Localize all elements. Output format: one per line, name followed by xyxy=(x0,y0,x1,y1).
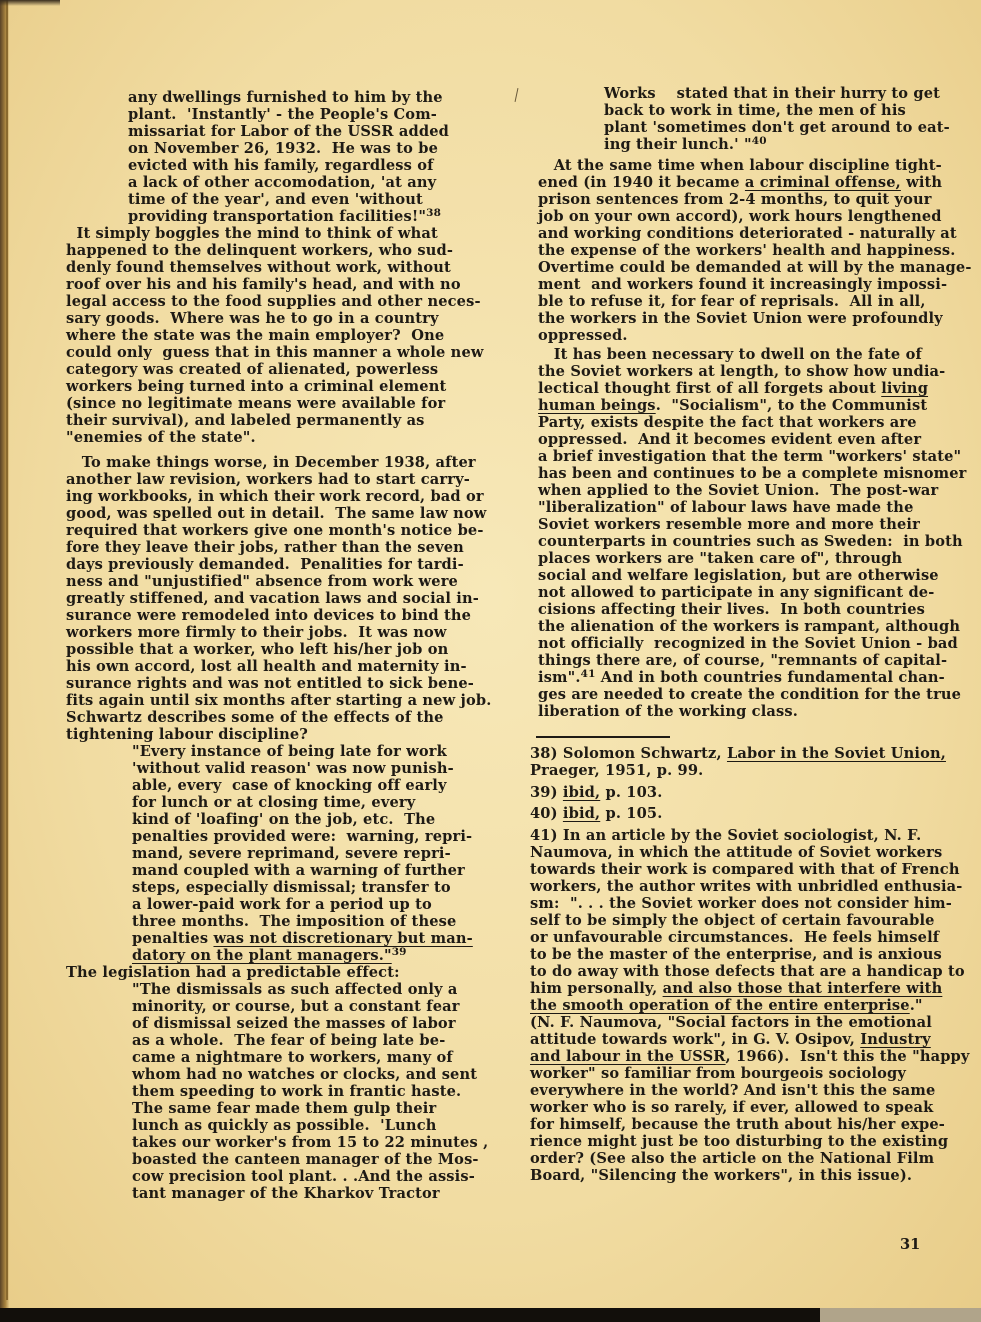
text-line: ing workbooks, in which their work recor… xyxy=(66,488,484,505)
text-line: lectical thought first of all forgets ab… xyxy=(538,380,928,397)
text-line: days previously demanded. Penalities for… xyxy=(66,556,464,573)
footnote-text-line: rience might just be too disturbing to t… xyxy=(530,1133,948,1150)
text-line: It simply boggles the mind to think of w… xyxy=(66,225,438,242)
footnote-separator xyxy=(536,736,670,738)
line-text: ism". xyxy=(538,669,581,686)
spine-crease xyxy=(6,0,8,1300)
footnote-text: , 1966). Isn't this the "happy xyxy=(726,1048,970,1065)
text-line: roof over his and his family's head, and… xyxy=(66,276,461,293)
text-line: ges are needed to create the condition f… xyxy=(538,686,961,703)
text-line: their survival), and labeled permanently… xyxy=(66,412,425,429)
footnote-ref-40[interactable]: 40 xyxy=(752,135,767,147)
text-line: liberation of the working class. xyxy=(538,703,798,720)
text-line: The legislation had a predictable effect… xyxy=(66,964,400,981)
text-line: the expense of the workers' health and h… xyxy=(538,242,956,259)
quote-line: as a whole. The fear of being late be- xyxy=(132,1032,445,1049)
text-line: not allowed to participate in any signif… xyxy=(538,584,934,601)
text-line: not officially recognized in the Soviet … xyxy=(538,635,958,652)
text-line: a lack of other accomodation, 'at any xyxy=(128,174,436,191)
footnote-text-line: to do away with those defects that are a… xyxy=(530,963,965,980)
quote-line: whom had no watches or clocks, and sent xyxy=(132,1066,477,1083)
text-line: oppressed. And it becomes evident even a… xyxy=(538,431,921,448)
line-text: ing their lunch.' " xyxy=(604,136,752,153)
ibid: ibid, xyxy=(563,784,600,801)
quote-line: boasted the canteen manager of the Mos- xyxy=(132,1151,479,1168)
book-title: Industry xyxy=(860,1031,931,1048)
text-line: greatly stiffened, and vacation laws and… xyxy=(66,590,479,607)
text-line: workers being turned into a criminal ele… xyxy=(66,378,446,395)
text-line: fits again until six months after starti… xyxy=(66,692,491,709)
text-line: his own accord, lost all health and mate… xyxy=(66,658,467,675)
quote-line: penalties was not discretionary but man- xyxy=(132,930,473,947)
text-line: It has been necessary to dwell on the fa… xyxy=(538,346,922,363)
top-corner-shadow xyxy=(0,0,60,6)
quote-line: of dismissal seized the masses of labor xyxy=(132,1015,456,1032)
text-line: places workers are "taken care of", thro… xyxy=(538,550,902,567)
text-line: happened to the delinquent workers, who … xyxy=(66,242,453,259)
text-line: good, was spelled out in detail. The sam… xyxy=(66,505,487,522)
footnote-text: p. 103. xyxy=(600,784,662,801)
text-line: Schwartz describes some of the effects o… xyxy=(66,709,444,726)
underlined-emphasis: human beings xyxy=(538,397,656,414)
text-line: when applied to the Soviet Union. The po… xyxy=(538,482,938,499)
text-line: could only guess that in this manner a w… xyxy=(66,344,484,361)
footnote-text-line: towards their work is compared with that… xyxy=(530,861,960,878)
footnote-text-line: workers, the author writes with unbridle… xyxy=(530,878,963,895)
footnote-text-line: him personally, and also those that inte… xyxy=(530,980,942,997)
text-line: on November 26, 1932. He was to be xyxy=(128,140,438,157)
quote-line: kind of 'loafing' on the job, etc. The xyxy=(132,811,435,828)
text-line: has been and continues to be a complete … xyxy=(538,465,967,482)
line-text: lectical thought first of all forgets ab… xyxy=(538,380,881,397)
text-line: job on your own accord), work hours leng… xyxy=(538,208,942,225)
footnote-text-line: for himself, because the truth about his… xyxy=(530,1116,945,1133)
text-line: evicted with his family, regardless of xyxy=(128,157,434,174)
underlined-emphasis: and also those that interfere with xyxy=(663,980,943,997)
footnote-text-line: order? (See also the article on the Nati… xyxy=(530,1150,934,1167)
text-line: denly found themselves without work, wit… xyxy=(66,259,451,276)
line-text: penalties xyxy=(132,930,213,947)
quote-line: mand, severe reprimand, severe repri- xyxy=(132,845,451,862)
text-line: missariat for Labor of the USSR added xyxy=(128,123,449,140)
footnote-ref-38[interactable]: 38 xyxy=(426,207,441,219)
underlined-emphasis: datory on the plant managers." xyxy=(132,947,392,964)
text-line: fore they leave their jobs, rather than … xyxy=(66,539,464,556)
footnote-text: p. 105. xyxy=(600,805,662,822)
text-line: and working conditions deteriorated - na… xyxy=(538,225,957,242)
quote-line: plant 'sometimes don't get around to eat… xyxy=(604,119,950,136)
text-line: a brief investigation that the term "wor… xyxy=(538,448,961,465)
line-text: And in both countries fundamental chan- xyxy=(596,669,945,686)
text-line: ble to refuse it, for fear of reprisals.… xyxy=(538,293,926,310)
footnote-40: 40) ibid, p. 105. xyxy=(530,805,662,822)
footnote-text-line: Praeger, 1951, p. 99. xyxy=(530,762,703,779)
underlined-emphasis: living xyxy=(881,380,928,397)
text-line: category was created of alienated, power… xyxy=(66,361,438,378)
text-line: cisions affecting their lives. In both c… xyxy=(538,601,925,618)
text-line: oppressed. xyxy=(538,327,628,344)
pen-mark xyxy=(515,88,519,102)
quote-line: "The dismissals as such affected only a xyxy=(132,981,458,998)
footnote-text-line: Naumova, in which the attitude of Soviet… xyxy=(530,844,942,861)
quote-line: for lunch or at closing time, every xyxy=(132,794,415,811)
text-line: social and welfare legislation, but are … xyxy=(538,567,939,584)
footnote-text-line: self to be simply the object of certain … xyxy=(530,912,935,929)
quote-line: lunch as quickly as possible. 'Lunch xyxy=(132,1117,437,1134)
text-line: another law revision, workers had to sta… xyxy=(66,471,470,488)
text-line: counterparts in countries such as Sweden… xyxy=(538,533,963,550)
footnote-ref-39[interactable]: 39 xyxy=(392,946,407,958)
footnote-text: attitude towards work", in G. V. Osipov, xyxy=(530,1031,860,1048)
underlined-emphasis: was not discretionary but man- xyxy=(213,930,472,947)
quote-line: mand coupled with a warning of further xyxy=(132,862,465,879)
text-line: ment and workers found it increasingly i… xyxy=(538,276,947,293)
scan-bottom-edge-light xyxy=(820,1308,981,1322)
footnote-text-line: or unfavourable circumstances. He feels … xyxy=(530,929,939,946)
footnote-text-line: attitude towards work", in G. V. Osipov,… xyxy=(530,1031,931,1048)
text-line: legal access to the food supplies and ot… xyxy=(66,293,481,310)
text-line: prison sentences from 2-4 months, to qui… xyxy=(538,191,932,208)
quote-line: able, every case of knocking off early xyxy=(132,777,447,794)
quote-line: datory on the plant managers."39 xyxy=(132,947,407,964)
text-line: plant. 'Instantly' - the People's Com- xyxy=(128,106,437,123)
text-line: possible that a worker, who left his/her… xyxy=(66,641,448,658)
text-line: the alienation of the workers is rampant… xyxy=(538,618,960,635)
footnote-text-line: sm: ". . . the Soviet worker does not co… xyxy=(530,895,952,912)
text-line: things there are, of course, "remnants o… xyxy=(538,652,947,669)
line-text: providing transportation facilities!" xyxy=(128,208,426,225)
underlined-emphasis: the smooth operation of the entire enter… xyxy=(530,997,910,1014)
quote-line: tant manager of the Kharkov Tractor xyxy=(132,1185,440,1202)
footnote-text-line: worker" so familiar from bourgeois socio… xyxy=(530,1065,906,1082)
footnote-text-line: and labour in the USSR, 1966). Isn't thi… xyxy=(530,1048,970,1065)
footnote-number: 40) xyxy=(530,805,558,822)
text-line: ness and "unjustified" absence from work… xyxy=(66,573,458,590)
quote-line: penalties provided were: warning, repri- xyxy=(132,828,472,845)
text-line: time of the year', and even 'without xyxy=(128,191,423,208)
text-line: any dwellings furnished to him by the xyxy=(128,89,443,106)
text-line: tightening labour discipline? xyxy=(66,726,308,743)
footnote-text: him personally, xyxy=(530,980,663,997)
text-line: "liberalization" of labour laws have mad… xyxy=(538,499,914,516)
footnote-text-line: to be the master of the enterprise, and … xyxy=(530,946,942,963)
text-line: (since no legitimate means were availabl… xyxy=(66,395,445,412)
book-title: Labor in the Soviet Union, xyxy=(727,745,946,762)
text-line: "enemies of the state". xyxy=(66,429,256,446)
text-line: sary goods. Where was he to go in a coun… xyxy=(66,310,439,327)
footnote-text-line: the smooth operation of the entire enter… xyxy=(530,997,923,1014)
page-number: 31 xyxy=(900,1236,920,1253)
text-line: required that workers give one month's n… xyxy=(66,522,484,539)
footnote-number: 39) xyxy=(530,784,558,801)
text-line: the workers in the Soviet Union were pro… xyxy=(538,310,943,327)
footnote-39: 39) ibid, p. 103. xyxy=(530,784,662,801)
text-line: ism".41 And in both countries fundamenta… xyxy=(538,669,945,686)
quote-line: takes our worker's from 15 to 22 minutes… xyxy=(132,1134,488,1151)
text-line: To make things worse, in December 1938, … xyxy=(66,454,476,471)
book-title: and labour in the USSR xyxy=(530,1048,726,1065)
quote-line: back to work in time, the men of his xyxy=(604,102,906,119)
text-line: At the same time when labour discipline … xyxy=(538,157,942,174)
footnote-number: 41) xyxy=(530,827,558,844)
quote-line: minority, or course, but a constant fear xyxy=(132,998,460,1015)
footnote-text-line: Board, "Silencing the workers", in this … xyxy=(530,1167,912,1184)
text-line: surance were remodeled into devices to b… xyxy=(66,607,471,624)
line-text: with xyxy=(901,174,942,191)
footnote-text-line: (N. F. Naumova, "Social factors in the e… xyxy=(530,1014,932,1031)
quote-line: steps, especially dismissal; transfer to xyxy=(132,879,451,896)
quote-line: came a nightmare to workers, many of xyxy=(132,1049,453,1066)
text-line: ened (in 1940 it became a criminal offen… xyxy=(538,174,942,191)
quote-line: them speeding to work in frantic haste. xyxy=(132,1083,461,1100)
underlined-emphasis: a criminal offense, xyxy=(745,174,901,191)
footnote-text: In an article by the Soviet sociologist,… xyxy=(558,827,922,844)
quote-line: "Every instance of being late for work xyxy=(132,743,447,760)
quote-line: The same fear made them gulp their xyxy=(132,1100,436,1117)
footnote-41: 41) In an article by the Soviet sociolog… xyxy=(530,827,921,844)
footnote-text-line: worker who is so rarely, if ever, allowe… xyxy=(530,1099,933,1116)
ibid: ibid, xyxy=(563,805,600,822)
quote-line: cow precision tool plant. . .And the ass… xyxy=(132,1168,475,1185)
text-line: the Soviet workers at length, to show ho… xyxy=(538,363,945,380)
quote-line: Works stated that in their hurry to get xyxy=(604,85,940,102)
text-line: workers more firmly to their jobs. It wa… xyxy=(66,624,447,641)
footnote-38: 38) Solomon Schwartz, Labor in the Sovie… xyxy=(530,745,946,762)
text-line: Soviet workers resemble more and more th… xyxy=(538,516,920,533)
text-line: Party, exists despite the fact that work… xyxy=(538,414,917,431)
line-text: . "Socialism", to the Communist xyxy=(656,397,928,414)
line-text: ened (in 1940 it became xyxy=(538,174,745,191)
footnote-number: 38) xyxy=(530,745,558,762)
text-line: human beings. "Socialism", to the Commun… xyxy=(538,397,927,414)
footnote-text: ." xyxy=(910,997,923,1014)
footnote-text-line: everywhere in the world? And isn't this … xyxy=(530,1082,935,1099)
text-line: Overtime could be demanded at will by th… xyxy=(538,259,972,276)
quote-line: 'without valid reason' was now punish- xyxy=(132,760,454,777)
quote-line: a lower-paid work for a period up to xyxy=(132,896,432,913)
footnote-ref-41[interactable]: 41 xyxy=(581,668,596,680)
quote-line: three months. The imposition of these xyxy=(132,913,456,930)
text-line: providing transportation facilities!"38 xyxy=(128,208,441,225)
footnote-text: Solomon Schwartz, xyxy=(558,745,727,762)
quote-line: ing their lunch.' "40 xyxy=(604,136,767,153)
text-line: where the state was the main employer? O… xyxy=(66,327,444,344)
text-line: surance rights and was not entitled to s… xyxy=(66,675,474,692)
